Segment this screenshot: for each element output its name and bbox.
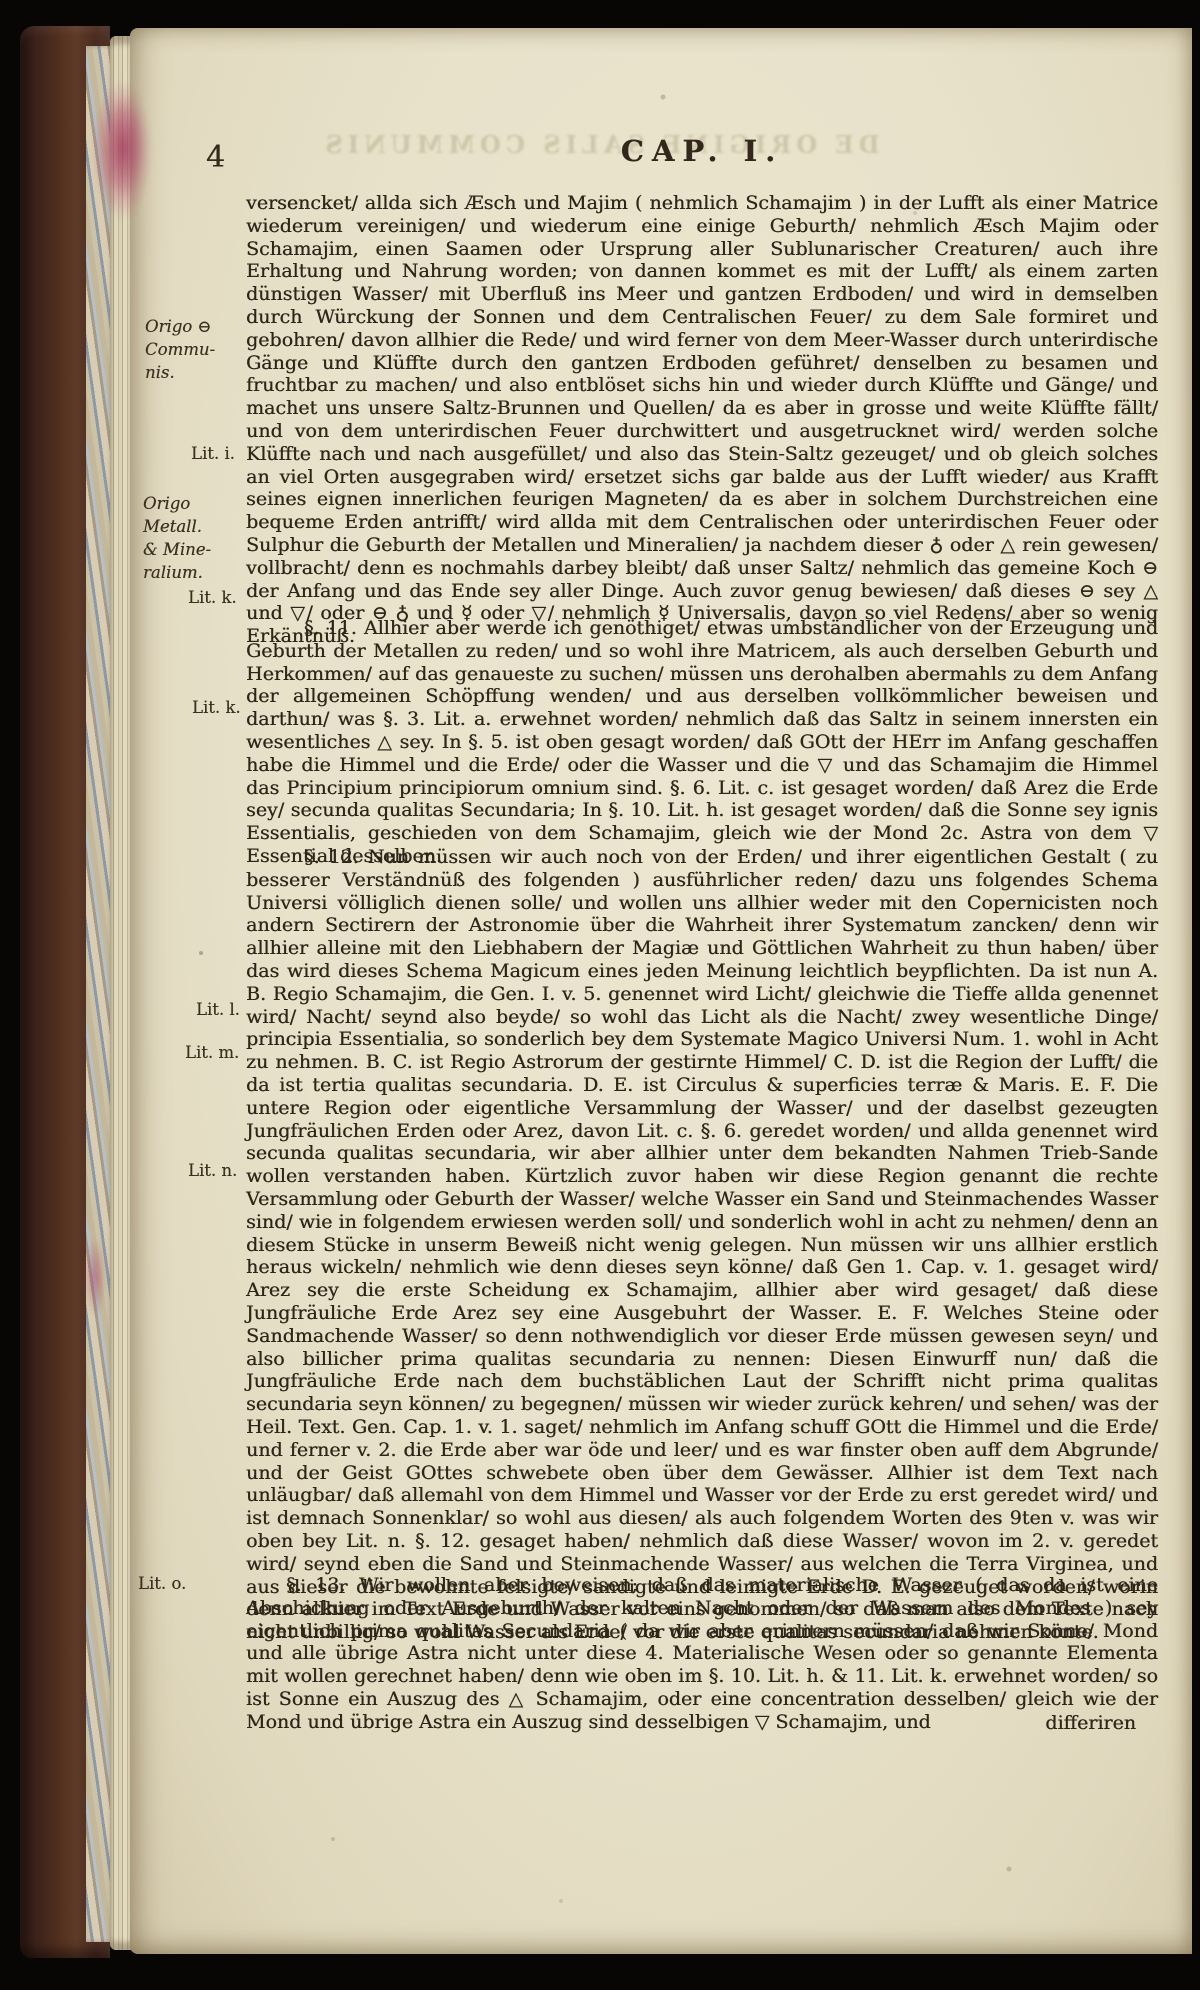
chapter-heading: CAP. I. <box>246 134 1158 168</box>
margin-note: Lit. i. <box>191 442 235 465</box>
body-paragraph: versencket/ allda sich Æsch und Majim ( … <box>246 192 1158 648</box>
catchword: differiren <box>246 1712 1136 1734</box>
pink-stain <box>84 1236 106 1318</box>
foxing-specks <box>0 0 2 2</box>
margin-note: Origo Metall. & Mine- ralium. <box>143 492 211 584</box>
margin-note: Lit. m. <box>185 1041 239 1064</box>
margin-note: Lit. n. <box>188 1159 237 1182</box>
margin-note: Origo ⊖ Commu- nis. <box>145 315 215 384</box>
margin-note: Lit. o. <box>138 1572 186 1595</box>
body-paragraph-section-13: §. 13. Wir wollen aber beweisen; daß das… <box>246 1574 1158 1734</box>
margin-note: Lit. k. <box>188 586 237 609</box>
page-number: 4 <box>206 140 225 175</box>
body-paragraph-section-12: §. 12. Nun müssen wir auch noch von der … <box>246 846 1158 1644</box>
book-photograph: DE ORIGINE SALIS COMMUNIS 4 CAP. I. Orig… <box>0 0 1200 1990</box>
pink-stain <box>104 96 144 196</box>
body-paragraph-section-11: §. 11. Allhier aber werde ich genöthiget… <box>246 617 1158 868</box>
margin-note: Lit. k. <box>192 696 241 719</box>
margin-note: Lit. l. <box>196 998 240 1021</box>
